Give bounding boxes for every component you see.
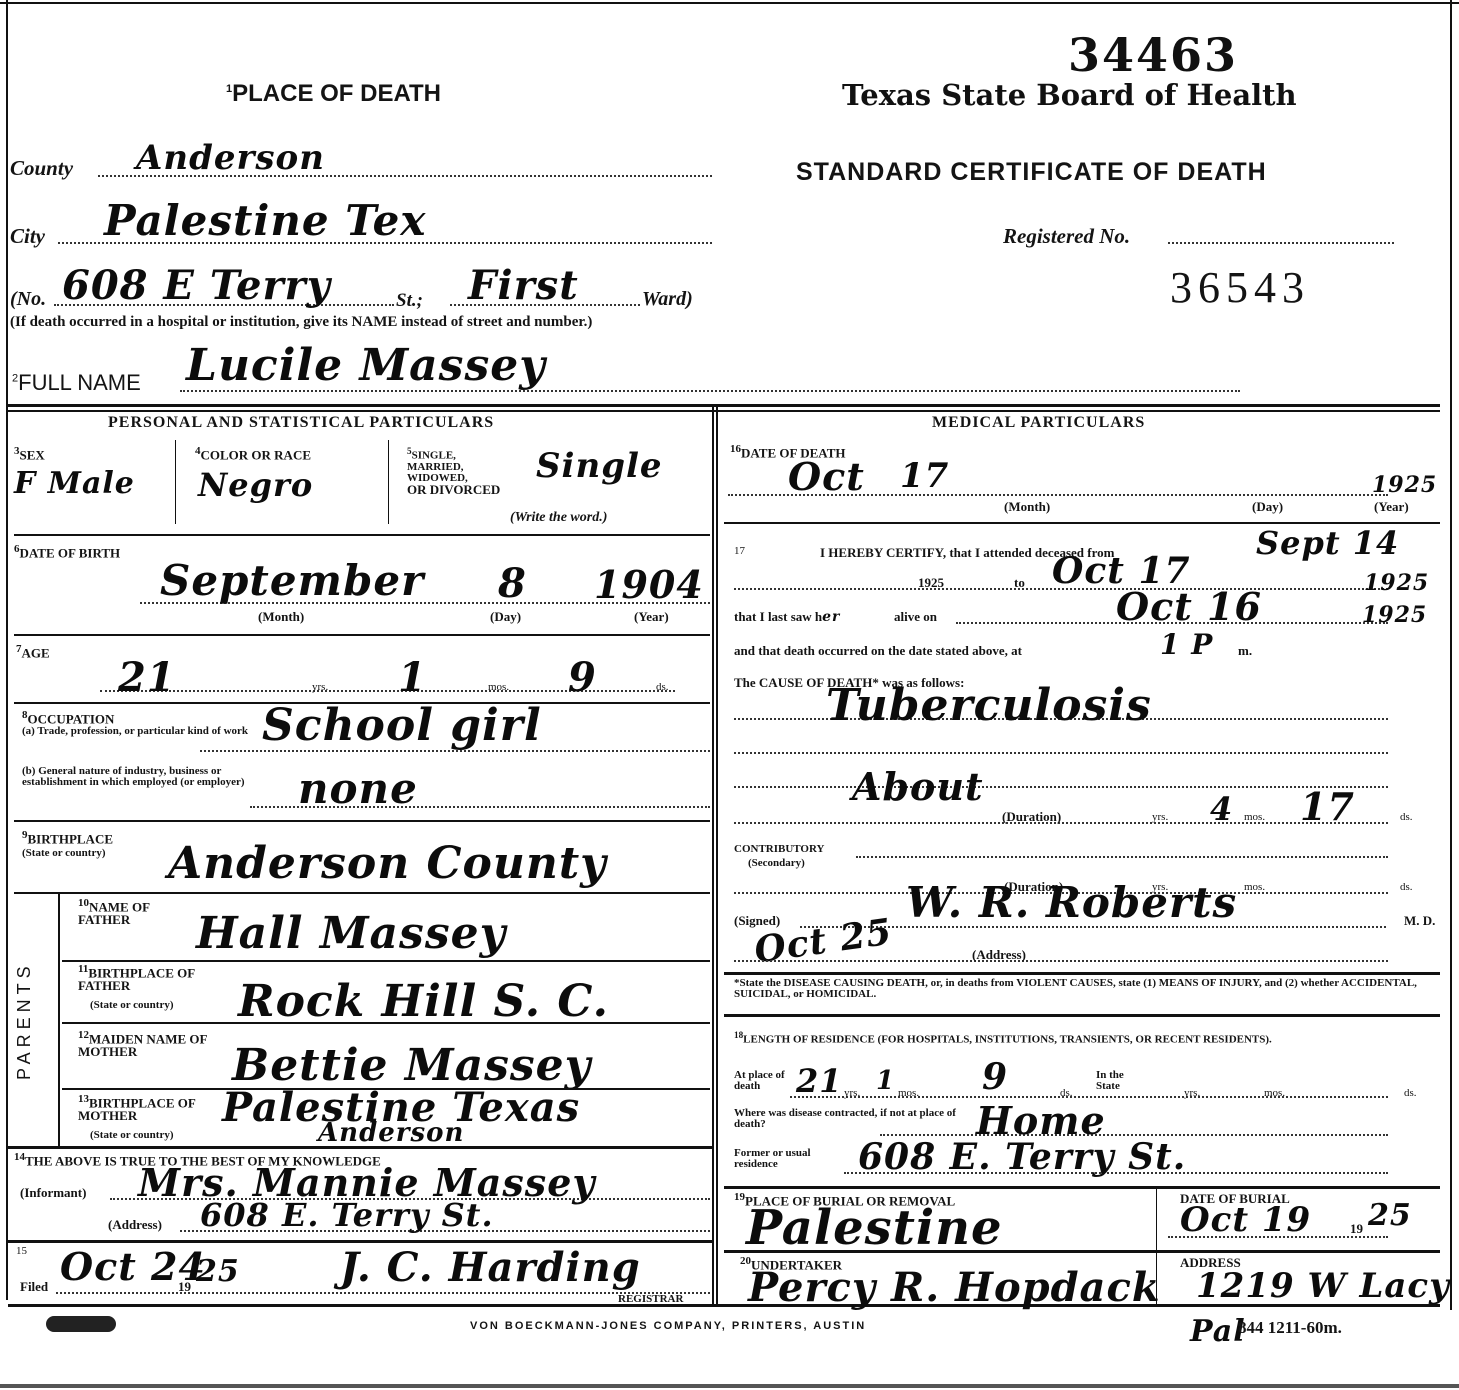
ward-value: First bbox=[468, 262, 579, 309]
age-months: 1 bbox=[398, 654, 427, 701]
residence-months: 1 bbox=[876, 1066, 895, 1096]
dod-year-hint: (Year) bbox=[1374, 500, 1409, 513]
hospital-note: (If death occurred in a hospital or inst… bbox=[10, 314, 592, 331]
dod-month-hint: (Month) bbox=[1004, 500, 1050, 513]
contributory-hint: (Secondary) bbox=[748, 858, 805, 869]
cause-line-3[interactable] bbox=[734, 786, 1388, 788]
occupation-b-value: none bbox=[298, 764, 418, 813]
place-of-death-heading: 1PLACE OF DEATH bbox=[226, 80, 441, 108]
divider-top-2 bbox=[8, 410, 1440, 412]
occurred-text: and that death occurred on the date stat… bbox=[734, 644, 1022, 657]
mother-birthplace-label: 13BIRTHPLACE OF MOTHER bbox=[78, 1094, 228, 1122]
residence-at-place-label: At place of death bbox=[734, 1070, 794, 1092]
mother-name-label: 12MAIDEN NAME OF MOTHER bbox=[78, 1030, 218, 1058]
duration-months: 4 bbox=[1210, 790, 1233, 828]
dob-label: 6DATE OF BIRTH bbox=[14, 544, 120, 559]
residence-mos: mos. bbox=[898, 1088, 919, 1099]
divider-parents bbox=[8, 1146, 712, 1149]
burial-year-prefix: 19 bbox=[1350, 1222, 1363, 1235]
dob-year-hint: (Year) bbox=[634, 610, 669, 623]
cause-footnote: *State the DISEASE CAUSING DEATH, or, in… bbox=[734, 978, 1434, 1000]
burial-date-value: Oct 19 bbox=[1180, 1200, 1311, 1240]
attended-to-year: 1925 bbox=[1364, 570, 1429, 596]
dob-day: 8 bbox=[498, 560, 527, 607]
divider-informant bbox=[8, 1240, 712, 1243]
duration-days: 17 bbox=[1300, 784, 1355, 829]
last-saw-year: 1925 bbox=[1362, 602, 1427, 628]
registered-dots bbox=[1168, 242, 1394, 244]
birthplace-value: Anderson County bbox=[168, 838, 607, 889]
residence-years: 21 bbox=[796, 1062, 843, 1100]
age-years: 21 bbox=[118, 654, 176, 701]
filed-label: Filed bbox=[20, 1280, 48, 1293]
mother-birthplace-hint: (State or country) bbox=[90, 1130, 174, 1141]
last-saw-text: that I last saw her bbox=[734, 610, 840, 624]
divider-father-birthplace bbox=[62, 1022, 710, 1024]
father-birthplace-hint: (State or country) bbox=[90, 1000, 174, 1011]
duration-ds: ds. bbox=[1400, 812, 1413, 823]
informant-label: (Informant) bbox=[20, 1186, 86, 1199]
street-number-label: (No. bbox=[10, 288, 46, 311]
duration-hint: (Duration) bbox=[1002, 810, 1061, 823]
in-state-label: In the State bbox=[1096, 1070, 1144, 1092]
sex-race-divider bbox=[175, 440, 176, 524]
attended-from-year: 1925 bbox=[918, 576, 944, 589]
birthplace-label: 9BIRTHPLACE bbox=[22, 830, 113, 845]
contributory-ds: ds. bbox=[1400, 882, 1413, 893]
occupation-b-label: (b) General nature of industry, business… bbox=[22, 766, 250, 788]
race-marital-divider bbox=[388, 440, 389, 524]
dob-month-hint: (Month) bbox=[258, 610, 304, 623]
md-label: M. D. bbox=[1404, 914, 1435, 927]
former-residence-value: 608 E. Terry St. bbox=[858, 1136, 1186, 1178]
duration-prefix: About bbox=[852, 764, 984, 809]
undertaker-address-value: 1219 W Lacy bbox=[1196, 1266, 1450, 1306]
filed-year-prefix: 19 bbox=[178, 1280, 191, 1293]
street-value: 608 E Terry bbox=[62, 262, 331, 309]
divider-dob bbox=[14, 634, 710, 636]
certify-num: 17 bbox=[734, 546, 745, 557]
contributory-label: CONTRIBUTORY bbox=[734, 844, 824, 855]
birthplace-hint: (State or country) bbox=[22, 848, 106, 859]
page-border-right bbox=[1450, 0, 1452, 1310]
ward-label: Ward) bbox=[642, 288, 693, 311]
undertaker-value: Percy R. Hopdack bbox=[748, 1264, 1161, 1311]
sex-value: F Male bbox=[14, 466, 135, 501]
marital-label: 5SINGLE, MARRIED, WIDOWED, OR DIVORCED bbox=[407, 446, 500, 495]
contributory-mos: mos. bbox=[1244, 882, 1265, 893]
time-value: 1 P bbox=[1160, 628, 1213, 661]
father-name-value: Hall Massey bbox=[196, 908, 506, 959]
age-yrs-label: yrs. bbox=[312, 682, 328, 693]
divider-residence bbox=[724, 1186, 1440, 1189]
marital-hint: (Write the word.) bbox=[510, 510, 607, 526]
signed-label: (Signed) bbox=[734, 914, 780, 927]
personal-heading: PERSONAL AND STATISTICAL PARTICULARS bbox=[108, 414, 494, 432]
full-name-label: 2FULL NAME bbox=[12, 370, 141, 396]
divider-signed bbox=[724, 972, 1440, 975]
dod-year: 1925 bbox=[1372, 472, 1437, 498]
occupation-a-label: (a) Trade, profession, or particular kin… bbox=[22, 726, 252, 737]
marital-value: Single bbox=[536, 446, 663, 486]
contributory-field[interactable] bbox=[856, 856, 1388, 858]
occupation-label: 8OCCUPATION bbox=[22, 710, 114, 725]
duration-yrs: yrs. bbox=[1152, 812, 1168, 823]
burial-place-value: Palestine bbox=[746, 1200, 1003, 1256]
race-value: Negro bbox=[198, 466, 313, 504]
state-ds: ds. bbox=[1404, 1088, 1417, 1099]
divider-top bbox=[8, 404, 1440, 407]
divider-burial bbox=[724, 1250, 1440, 1253]
page-border-left bbox=[6, 0, 8, 1300]
divider-footnote bbox=[724, 1014, 1440, 1017]
cause-line-2[interactable] bbox=[734, 752, 1388, 754]
dod-month: Oct bbox=[788, 454, 865, 499]
age-days: 9 bbox=[568, 654, 597, 701]
certificate-title: STANDARD CERTIFICATE OF DEATH bbox=[796, 158, 1267, 187]
registered-number: 36543 bbox=[1170, 262, 1310, 313]
registrar-signature: J. C. Harding bbox=[340, 1244, 641, 1291]
mother-birthplace-value-2: Anderson bbox=[318, 1118, 464, 1148]
state-mos: mos. bbox=[1264, 1088, 1285, 1099]
city-value: Palestine Tex bbox=[104, 196, 426, 245]
father-birthplace-label: 11BIRTHPLACE OF FATHER bbox=[78, 964, 228, 992]
informant-address-label: (Address) bbox=[108, 1218, 162, 1231]
dob-month: September bbox=[160, 556, 424, 605]
former-residence-label: Former or usual residence bbox=[734, 1148, 854, 1170]
cause-value: Tuberculosis bbox=[826, 680, 1152, 731]
age-mos-label: mos. bbox=[488, 682, 509, 693]
column-divider-2 bbox=[716, 406, 718, 1304]
age-ds-label: ds. bbox=[656, 682, 669, 693]
physician-address-field[interactable] bbox=[734, 960, 1388, 962]
county-label: County bbox=[10, 156, 73, 181]
dob-year: 1904 bbox=[594, 562, 704, 607]
contracted-label: Where was disease contracted, if not at … bbox=[734, 1108, 974, 1130]
occupation-a-value: School girl bbox=[262, 700, 542, 751]
dod-day: 17 bbox=[900, 456, 949, 496]
last-saw-date: Oct 16 bbox=[1116, 584, 1262, 629]
attended-to-label: to bbox=[1014, 576, 1025, 589]
registered-label: Registered No. bbox=[1003, 224, 1130, 249]
parents-side-label: PARENTS bbox=[14, 961, 35, 1080]
informant-address-value: 608 E. Terry St. bbox=[200, 1196, 494, 1234]
time-suffix: m. bbox=[1238, 644, 1252, 657]
father-birthplace-value: Rock Hill S. C. bbox=[238, 976, 609, 1027]
full-name-value: Lucile Massey bbox=[186, 340, 546, 391]
county-value: Anderson bbox=[136, 138, 325, 178]
board-name: Texas State Board of Health bbox=[842, 78, 1297, 112]
form-code: 844 1211-60m. bbox=[1238, 1318, 1342, 1338]
age-label: 7AGE bbox=[16, 644, 50, 659]
file-number: 34463 bbox=[1068, 28, 1238, 82]
sex-label: 3SEX bbox=[14, 446, 45, 461]
printer-credit: VON BOECKMANN-JONES COMPANY, PRINTERS, A… bbox=[470, 1320, 866, 1332]
burial-year-value: 25 bbox=[1368, 1198, 1412, 1233]
filed-year-value: 25 bbox=[196, 1254, 240, 1289]
divider-birthplace bbox=[14, 892, 710, 894]
page-border-top bbox=[0, 2, 1459, 4]
attended-from: Sept 14 bbox=[1256, 524, 1399, 562]
divider-marital bbox=[14, 534, 710, 536]
duration-mos: mos. bbox=[1244, 812, 1265, 823]
city-label: City bbox=[10, 224, 45, 249]
race-label: 4COLOR OR RACE bbox=[195, 446, 311, 461]
state-yrs: yrs. bbox=[1184, 1088, 1200, 1099]
physician-address-label: (Address) bbox=[972, 948, 1026, 961]
physician-signature: W. R. Roberts bbox=[906, 878, 1237, 927]
filed-field[interactable] bbox=[56, 1292, 710, 1294]
union-label-mark bbox=[46, 1316, 116, 1332]
parents-divider bbox=[58, 894, 60, 1148]
residence-days: 9 bbox=[982, 1056, 1008, 1098]
residence-heading: 18LENGTH OF RESIDENCE (FOR HOSPITALS, IN… bbox=[734, 1030, 1434, 1046]
divider-father-name bbox=[62, 960, 710, 962]
page-edge-bottom bbox=[0, 1384, 1459, 1388]
residence-yrs: yrs. bbox=[844, 1088, 860, 1099]
divider-occupation bbox=[14, 820, 710, 822]
filed-num: 15 bbox=[16, 1246, 27, 1257]
dob-day-hint: (Day) bbox=[490, 610, 521, 623]
column-divider bbox=[712, 406, 714, 1304]
street-suffix-label: St.; bbox=[396, 290, 423, 312]
father-name-label: 10NAME OF FATHER bbox=[78, 898, 178, 926]
dod-day-hint: (Day) bbox=[1252, 500, 1283, 513]
alive-on-label: alive on bbox=[894, 610, 937, 623]
medical-heading: MEDICAL PARTICULARS bbox=[932, 414, 1145, 432]
